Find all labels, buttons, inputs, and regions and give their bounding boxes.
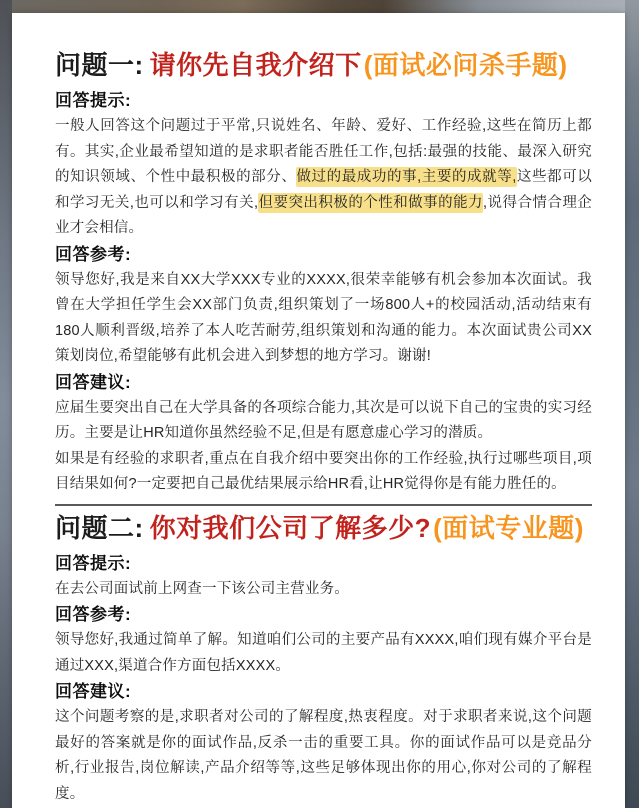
question-1-section: 问题一:请你先自我介绍下(面试必问杀手题) 回答提示: 一般人回答这个问题过于平…: [55, 49, 592, 498]
answer-suggestion-label-q2: 回答建议:: [55, 682, 592, 702]
question-1-suggestion-paragraph-1: 应届生要突出自己在大学具备的各项综合能力,其次是可以说下自己的宝贵的实习经历。主…: [55, 396, 592, 447]
answer-hint-label-q1: 回答提示:: [55, 91, 592, 111]
question-1-title-tag: (面试必问杀手题): [364, 50, 568, 80]
answer-reference-label-q2: 回答参考:: [55, 605, 592, 625]
question-1-title: 问题一:请你先自我介绍下(面试必问杀手题): [55, 49, 592, 81]
question-2-section: 问题二:你对我们公司了解多少?(面试专业题) 回答提示: 在去公司面试前上网查一…: [55, 512, 592, 808]
highlighted-text: 做过的最成功的事,主要的成就等,: [296, 167, 516, 187]
question-1-title-prefix: 问题一:: [55, 50, 144, 80]
content-card: 问题一:请你先自我介绍下(面试必问杀手题) 回答提示: 一般人回答这个问题过于平…: [12, 13, 625, 808]
highlighted-text: 但要突出积极的个性和做事的能力: [258, 193, 483, 213]
answer-reference-label-q1: 回答参考:: [55, 245, 592, 265]
page-background: 问题一:请你先自我介绍下(面试必问杀手题) 回答提示: 一般人回答这个问题过于平…: [0, 0, 639, 808]
question-2-suggestion-paragraph: 这个问题考察的是,求职者对公司的了解程度,热衷程度。对于求职者来说,这个问题最好…: [55, 705, 592, 807]
answer-suggestion-label-q1: 回答建议:: [55, 373, 592, 393]
question-1-suggestion-paragraph-2: 如果是有经验的求职者,重点在自我介绍中要突出你的工作经验,执行过哪些项目,项目结…: [55, 447, 592, 498]
question-1-title-main: 请你先自我介绍下: [150, 50, 362, 80]
question-2-hint-paragraph: 在去公司面试前上网查一下该公司主营业务。: [55, 577, 592, 603]
section-divider: [55, 504, 592, 506]
question-2-title-prefix: 问题二:: [55, 513, 144, 543]
question-2-title-main: 你对我们公司了解多少?: [150, 513, 431, 543]
background-right-strip: [625, 0, 639, 808]
question-2-reference-paragraph: 领导您好,我通过简单了解。知道咱们公司的主要产品有XXXX,咱们现有媒介平台是通…: [55, 628, 592, 679]
question-2-title: 问题二:你对我们公司了解多少?(面试专业题): [55, 512, 592, 544]
question-1-reference-paragraph: 领导您好,我是来自XX大学XXX专业的XXXX,很荣幸能够有机会参加本次面试。我…: [55, 268, 592, 370]
question-2-title-tag: (面试专业题): [433, 513, 584, 543]
background-left-strip: [0, 0, 12, 808]
background-top-strip: [0, 0, 639, 13]
answer-hint-label-q2: 回答提示:: [55, 554, 592, 574]
question-1-hint-paragraph: 一般人回答这个问题过于平常,只说姓名、年龄、爱好、工作经验,这些在简历上都有。其…: [55, 114, 592, 242]
